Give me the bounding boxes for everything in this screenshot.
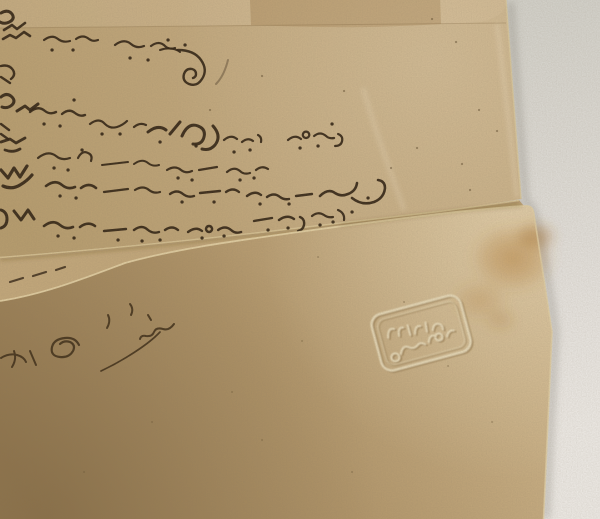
photo-canvas <box>0 0 600 519</box>
photo-grain <box>0 0 600 519</box>
manuscript-photograph <box>0 0 600 519</box>
